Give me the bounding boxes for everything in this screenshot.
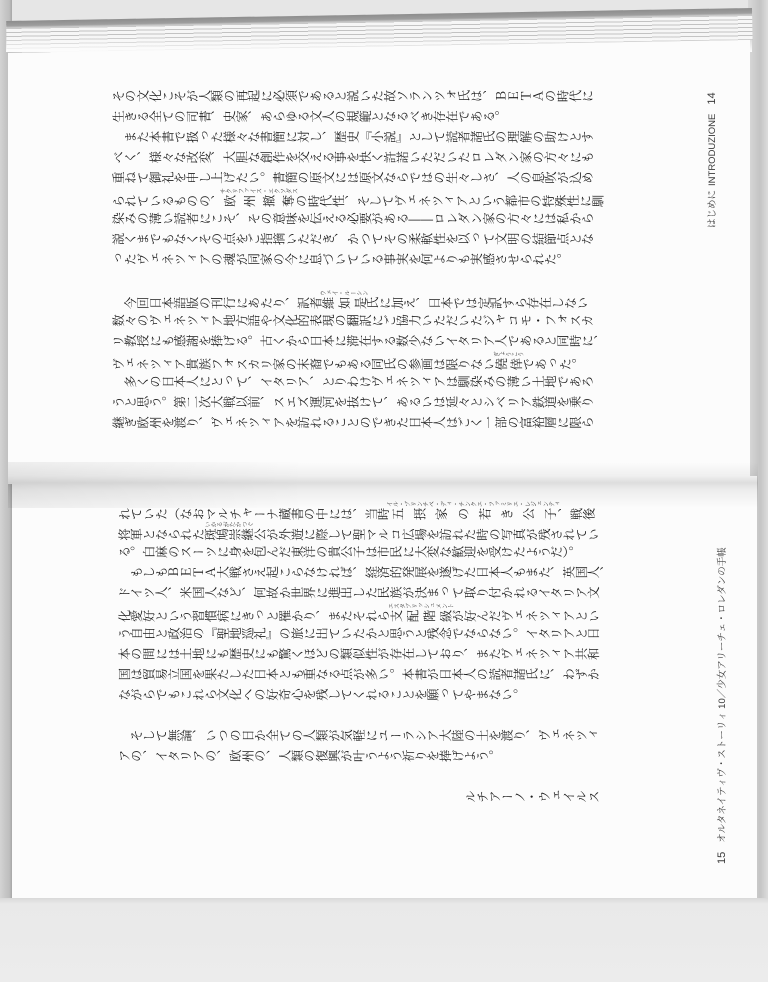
text-line: 染みの薄い読者にこそ、その意味を伝える必要がある――ロレダン家の方々には私から: [112, 209, 594, 229]
ruby-term: 維如是ウェイ・ルーシン: [322, 297, 366, 311]
ruby-base: 斑鳩崇継: [204, 528, 253, 542]
text-run: 生きる全ての司書、史家、あらゆる文人の規範となるべき存在である。: [112, 110, 507, 124]
ruby-term: 僥倖ぎょうこう: [495, 358, 522, 372]
ruby-reading: エスタブリッシュメント: [388, 604, 454, 611]
text-run: ヴェネツィア貴族フォスカリ家の末裔でもある同氏の参画は限りない: [112, 358, 495, 372]
text-run: 染みの薄い読者にこそ、その意味を伝える必要がある――ロレダン家の方々には私から: [112, 212, 594, 226]
text-line: うと思う。第二次大戦以前、スエズ運河を抜けて、あるいは延々とシベリア鉄道を乗り: [112, 393, 594, 413]
blank-line: [112, 271, 594, 291]
running-footer: 15オルタネイティヴ・ストーリィ 10／少女アリーチェ・ロレダンの手帳: [716, 480, 729, 864]
ruby-base: 維如是: [320, 297, 368, 311]
text-line: 本の間には土地にも歴史にも驚くほどの類似性が存在しており、またヴェネツィア共和: [118, 645, 600, 665]
ruby-reading: ウェイ・ルーシン: [320, 291, 368, 298]
text-line: 化愛好という習慣病にきっと罹かり、またそれら支配階級エスタブリッシュメントが好ん…: [118, 604, 600, 624]
text-run: ながらでもこれら文化への好奇心を残してくれることを願ってやまない。: [118, 689, 526, 703]
text-run: 、戦後: [558, 508, 595, 522]
page-15-body: ルチアーノ・ウェイルス れていた（なおマルチャーナ蔵書の中には、当時五摂家の若き…: [118, 502, 600, 808]
ruby-term: 支配階級エスタブリッシュメント: [390, 610, 452, 624]
text-line: 今回日本語版の刊行にあたり、訳者維如是ウェイ・ルーシン氏に加え、日本では定訳すら…: [112, 291, 594, 311]
footer-book-title: オルタネイティヴ・ストーリィ 10／少女アリーチェ・ロレダンの手帳: [717, 547, 728, 843]
text-run: 数々のヴェネツィア地方語や文化的表現の翻訳にご協力いただいたジャコモ・フォスカ: [112, 314, 594, 328]
ruby-reading: いかるがたかつぐ: [204, 522, 253, 529]
running-header: はじめにINTRODUZIONE14: [706, 74, 719, 228]
text-run: であった。: [522, 358, 584, 372]
text-run: れていた（なおマルチャーナ蔵書の中には、当時: [118, 508, 390, 522]
scanner-bed-bottom: [0, 898, 768, 982]
ruby-reading: ぎょうこう: [494, 352, 524, 359]
text-line: もしもＢＥＴＡ大戦さえ起こらなければ、経済的発展を遂げた日本人もまた、英国人、: [118, 563, 600, 583]
ruby-reading: サクリファイス・エクソダス: [220, 189, 298, 196]
text-run: もしもＢＥＴＡ大戦さえ起こらなければ、経済的発展を遂げた日本人もまた、英国人、: [118, 566, 612, 580]
text-line: 国は貿易立国を果たした日本とも重なる点が多い。本書が日本人の読者諸氏に、わずか: [118, 665, 600, 685]
text-run: 公が外遊に際して聖マルコ広場を訪れた時の写真が残されてい: [254, 528, 600, 542]
text-run: また本書で扱った様々な書簡に対し、歴史『小説』として読者諸氏の理解の助けとす: [112, 131, 594, 145]
ruby-base: 僥倖: [494, 358, 524, 372]
text-line: られているものの、欧州撤奪サクリファイス・エクソダスの時代性、そしてヴェネツィア…: [112, 189, 594, 209]
ruby-term: 斑鳩崇継いかるがたかつぐ: [204, 528, 253, 542]
header-section-ja: はじめに: [707, 190, 718, 228]
text-run: 国は貿易立国を果たした日本とも重なる点が多い。本書が日本人の読者諸氏に、わずか: [118, 668, 600, 682]
ruby-reading: イル・プリンチペ・ディ・チンクエ・ファミリエ・レジェンティ: [387, 502, 561, 509]
footer-page-number: 15: [716, 852, 728, 864]
text-run: られているものの、: [112, 195, 223, 209]
text-run: うと思う。第二次大戦以前、スエズ運河を抜けて、あるいは延々とシベリア鉄道を乗り: [112, 396, 594, 410]
text-line: ヴェネツィア貴族フォスカリ家の末裔でもある同氏の参画は限りない僥倖ぎょうこうであ…: [112, 352, 594, 372]
ruby-term: 欧州撤奪サクリファイス・エクソダス: [223, 195, 295, 209]
ruby-base: 五摂家の若き公子: [387, 508, 561, 522]
text-line: また本書で扱った様々な書簡に対し、歴史『小説』として読者諸氏の理解の助けとす: [112, 128, 594, 148]
text-line: 将軍となられた斑鳩崇継いかるがたかつぐ公が外遊に際して聖マルコ広場を訪れた時の写…: [118, 522, 600, 542]
text-line: そして無論、いつの日か全ての人類が気軽にユーラシア大陸の土を渡り、ヴェネツィ: [118, 726, 600, 746]
text-line: アの、イタリアの、欧州の、人類の復興が叶うよう祈りを捧げよう。: [118, 747, 600, 767]
text-run: そして無論、いつの日か全ての人類が気軽にユーラシア大陸の土を渡り、ヴェネツィ: [118, 729, 600, 743]
text-run: ドイツ人、米国人など、何故か世界に進出した民族が決まって取り付かれるイタリア文: [118, 587, 600, 601]
text-line: れていた（なおマルチャーナ蔵書の中には、当時五摂家の若き公子イル・プリンチペ・デ…: [118, 502, 600, 522]
ruby-base: 欧州撤奪: [220, 195, 298, 209]
text-run: べく、様々な改変、大胆な創作を交える事を快く許諾いただいたロレダン家の方々にも: [112, 151, 594, 165]
page-edge-fade: [6, 36, 752, 52]
page-14-body: その文化こそが人類の再起に必須であると説いた故ソランツォ氏は、ＢＥＴＡの時代に生…: [112, 87, 594, 434]
scanned-book-spread: はじめにINTRODUZIONE14 その文化こそが人類の再起に必須であると説い…: [0, 0, 768, 982]
text-line: その文化こそが人類の再起に必須であると説いた故ソランツォ氏は、ＢＥＴＡの時代に: [112, 87, 594, 107]
ruby-base: 支配階級: [388, 610, 454, 624]
text-run: その文化こそが人類の再起に必須であると説いた故ソランツォ氏は、ＢＥＴＡの時代に: [112, 90, 594, 104]
text-line: 多くの日本人にとって、イタリア、とりわけヴェネツィアは馴染みの薄い土地であろ: [112, 373, 594, 393]
text-line: ドイツ人、米国人など、何故か世界に進出した民族が決まって取り付かれるイタリア文: [118, 584, 600, 604]
text-line: 数々のヴェネツィア地方語や文化的表現の翻訳にご協力いただいたジャコモ・フォスカ: [112, 311, 594, 331]
author-signature: ルチアーノ・ウェイルス: [118, 788, 600, 808]
text-run: が好んだヴェネツィアとい: [452, 610, 600, 624]
text-line: 継ぎ欧州を渡り、ヴェネツィアを訪れることのできた日本人はごく一部の富裕層に限ら: [112, 413, 594, 433]
text-line: 説くまでもなくその点をご指摘いただき、かつてその柔軟性を以って文明の結節点とな: [112, 230, 594, 250]
text-run: る。白麻のスーツに身を包んだ東洋の貴公子は市民に大変な歓迎を受けたようだ）。: [118, 546, 581, 560]
text-run: 将軍となられた: [118, 528, 204, 542]
text-run: 化愛好という習慣病にきっと罹かり、またそれら: [118, 610, 390, 624]
text-run: う自由と政治の『聖地巡礼』の旅に出ていたかと思うと残念でならない。イタリアと日: [118, 627, 600, 641]
blank-line: [118, 706, 600, 726]
text-run: 説くまでもなくその点をご指摘いただき、かつてその柔軟性を以って文明の結節点とな: [112, 233, 594, 247]
text-line: る。白麻のスーツに身を包んだ東洋の貴公子は市民に大変な歓迎を受けたようだ）。: [118, 543, 600, 563]
text-line: べく、様々な改変、大胆な創作を交える事を快く許諾いただいたロレダン家の方々にも: [112, 148, 594, 168]
text-run: 本の間には土地にも歴史にも驚くほどの類似性が存在しており、またヴェネツィア共和: [118, 648, 600, 662]
header-section-it: INTRODUZIONE: [707, 114, 718, 186]
text-line: う自由と政治の『聖地巡礼』の旅に出ていたかと思うと残念でならない。イタリアと日: [118, 624, 600, 644]
text-run: ったヴェネツィアの魂が同家の今に息づいている事実を何よりも実感させられた。: [112, 253, 569, 267]
text-line: ったヴェネツィアの魂が同家の今に息づいている事実を何よりも実感させられた。: [112, 250, 594, 270]
text-run: 重ねて御礼を申し上げたい。書簡の原文には原文ならではの生々しさ、人の息吹が込め: [112, 172, 594, 186]
text-line: ながらでもこれら文化への好奇心を残してくれることを願ってやまない。: [118, 686, 600, 706]
header-page-number: 14: [706, 92, 718, 104]
text-line: リ教授にも感謝を捧げる。古くから日本に滞在する数少ないイタリア人であると同時に、: [112, 332, 594, 352]
text-line: 重ねて御礼を申し上げたい。書簡の原文には原文ならではの生々しさ、人の息吹が込め: [112, 169, 594, 189]
text-run: 今回日本語版の刊行にあたり、訳者: [112, 297, 322, 311]
text-run: 多くの日本人にとって、イタリア、とりわけヴェネツィアは馴染みの薄い土地であろ: [112, 376, 594, 390]
ruby-term: 五摂家の若き公子イル・プリンチペ・ディ・チンクエ・ファミリエ・レジェンティ: [390, 508, 558, 522]
text-run: 継ぎ欧州を渡り、ヴェネツィアを訪れることのできた日本人はごく一部の富裕層に限ら: [112, 416, 594, 430]
text-line: 生きる全ての司書、史家、あらゆる文人の規範となるべき存在である。: [112, 107, 594, 127]
text-run: リ教授にも感謝を捧げる。古くから日本に滞在する数少ないイタリア人であると同時に、: [112, 335, 606, 349]
text-run: の時代性、そしてヴェネツィアという都市の特殊性に馴: [295, 195, 604, 209]
text-run: アの、イタリアの、欧州の、人類の復興が叶うよう祈りを捧げよう。: [118, 750, 501, 764]
blank-line: [118, 767, 600, 787]
text-run: 氏に加え、日本では定訳すら存在しない: [366, 297, 588, 311]
